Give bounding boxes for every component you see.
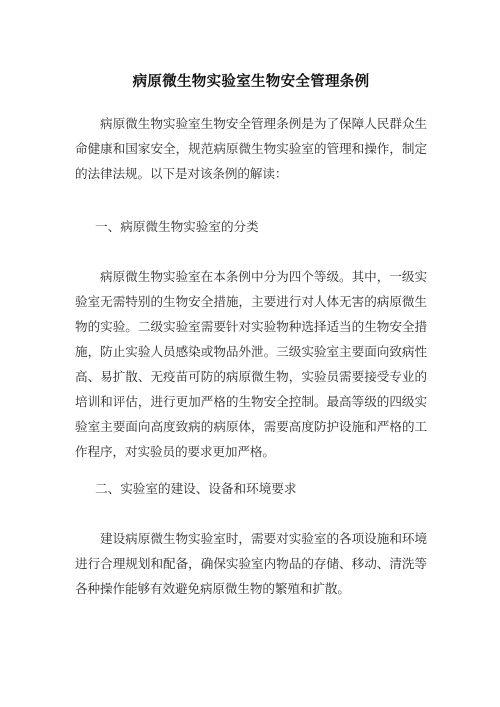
section-heading-2: 二、实验室的建设、设备和环境要求 [95, 476, 297, 501]
intro-paragraph: 病原微生物实验室生物安全管理条例是为了保障人民群众生命健康和国家安全，规范病原微… [75, 111, 427, 186]
section-body-2: 建设病原微生物实验室时，需要对实验室的各项设施和环境进行合理规划和配备，确保实验… [75, 526, 427, 601]
section-body-1: 病原微生物实验室在本条例中分为四个等级。其中，一级实验室无需特别的生物安全措施，… [75, 264, 427, 464]
document-title: 病原微生物实验室生物安全管理条例 [75, 70, 427, 91]
section-heading-1: 一、病原微生物实验室的分类 [95, 214, 259, 239]
